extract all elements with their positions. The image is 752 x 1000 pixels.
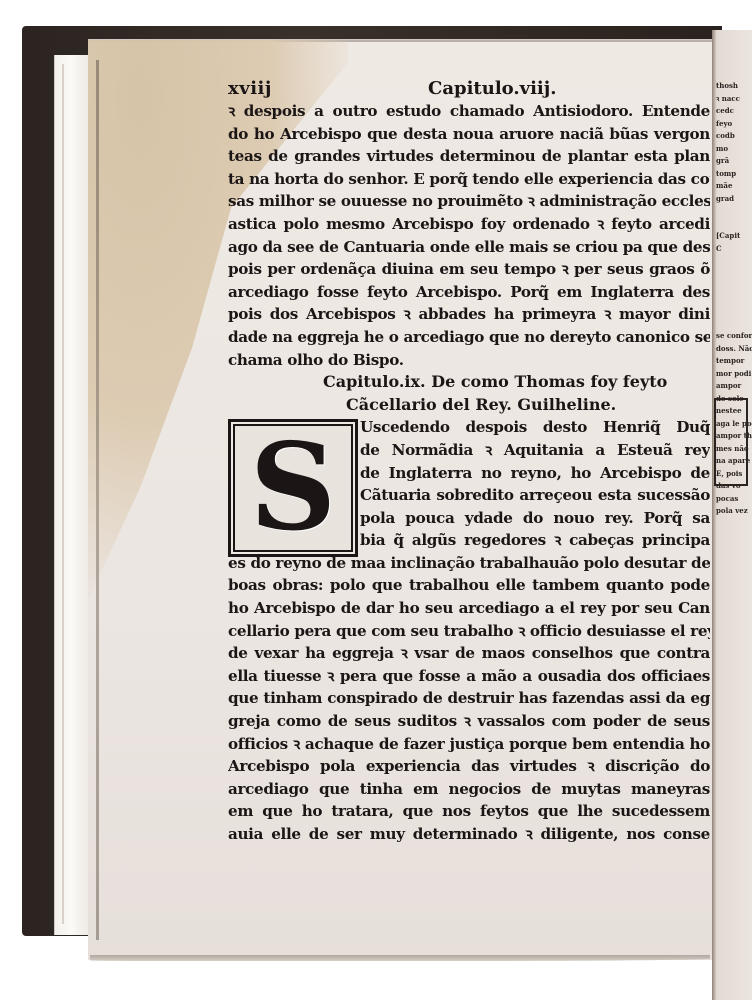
initial-letter: S bbox=[250, 428, 337, 548]
text-line: ella tiuesse ꝛ pera que fosse a mão a ou… bbox=[228, 665, 710, 688]
text-line: Arcebispo pola experiencia das virtudes … bbox=[228, 755, 710, 778]
gutter-shadow bbox=[96, 60, 99, 940]
facing-text-fragment: grad bbox=[716, 193, 752, 206]
facing-text-fragment bbox=[716, 218, 752, 231]
facing-text-fragment bbox=[716, 268, 752, 281]
text-line: sas milhor se ouuesse no prouimẽto ꝛ adm… bbox=[228, 190, 710, 213]
facing-text-fragment: C bbox=[716, 243, 752, 256]
text-line: cellario pera que com seu trabalho ꝛ off… bbox=[228, 620, 710, 643]
facing-text-fragment bbox=[716, 255, 752, 268]
body-text-bottom: es do reyno de maa inclinação trabalhauã… bbox=[228, 552, 710, 846]
body-text-top: ꝛ despois a outro estudo chamado Antisio… bbox=[228, 100, 710, 371]
running-head: Capitulo.viij. bbox=[428, 78, 557, 99]
text-line: arcediago que tinha em negocios de muyta… bbox=[228, 778, 710, 801]
text-line: pois per ordenãça diuina em seu tempo ꝛ … bbox=[228, 258, 710, 281]
initial-paragraph: S Uscedendo despois desto Henriq̃ Duq̃ d… bbox=[228, 416, 710, 552]
facing-text-fragment: cedc bbox=[716, 105, 752, 118]
woodcut-initial: S bbox=[228, 419, 358, 557]
facing-text-fragment bbox=[716, 318, 752, 331]
text-line: dade na eggreja he o arcediago que no de… bbox=[228, 326, 710, 349]
text-line: arcediago fosse feyto Arcebispo. Porq̃ e… bbox=[228, 281, 710, 304]
text-line: greja como de seus suditos ꝛ vassalos co… bbox=[228, 710, 710, 733]
facing-text-fragment: ꝛ nacc bbox=[716, 93, 752, 106]
facing-text-fragment: pocas bbox=[716, 493, 752, 506]
facing-text-fragment: mãe bbox=[716, 180, 752, 193]
text-line: ꝛ despois a outro estudo chamado Antisio… bbox=[228, 100, 710, 123]
folio-number: xviij bbox=[228, 78, 272, 99]
facing-text-fragment: [Capit bbox=[716, 230, 752, 243]
text-line: que tinham conspirado de destruir has fa… bbox=[228, 687, 710, 710]
chapter-heading: Capitulo.ix. De como Thomas foy feyto bbox=[228, 371, 710, 394]
facing-text-fragment: tomp bbox=[716, 168, 752, 181]
text-line: ho Arcebispo de dar ho seu arcediago a e… bbox=[228, 597, 710, 620]
page-edge-line bbox=[62, 64, 64, 924]
chapter-heading-continued: Cãcellario del Rey. Guilheline. bbox=[228, 394, 710, 417]
facing-text-fragment bbox=[716, 305, 752, 318]
facing-text-fragment: thosh bbox=[716, 80, 752, 93]
text-line: de vexar ha eggreja ꝛ vsar de maos conse… bbox=[228, 642, 710, 665]
page-header: xviij Capitulo.viij. bbox=[228, 76, 710, 100]
text-line: ta na horta do senhor. E porq̃ tendo ell… bbox=[228, 168, 710, 191]
facing-text-fragment: mo bbox=[716, 143, 752, 156]
text-line: em que ho tratara, que nos feytos que lh… bbox=[228, 800, 710, 823]
text-line: ago da see de Cantuaria onde elle mais s… bbox=[228, 236, 710, 259]
text-line: do ho Arcebispo que desta noua aruore na… bbox=[228, 123, 710, 146]
text-line: chama olho do Bispo. bbox=[228, 349, 710, 372]
text-line: boas obras: polo que trabalhou elle tamb… bbox=[228, 574, 710, 597]
text-line: teas de grandes virtudes determinou de p… bbox=[228, 145, 710, 168]
facing-text-fragment: grã bbox=[716, 155, 752, 168]
facing-page-initial bbox=[714, 398, 748, 486]
text-line: pois dos Arcebispos ꝛ abbades ha primeyr… bbox=[228, 303, 710, 326]
facing-text-fragment: codb bbox=[716, 130, 752, 143]
page-bottom-edge bbox=[90, 955, 710, 961]
facing-text-fragment: se confor bbox=[716, 330, 752, 343]
printed-text-block: xviij Capitulo.viij. ꝛ despois a outro e… bbox=[228, 76, 710, 846]
facing-text-fragment: mor podi bbox=[716, 368, 752, 381]
text-line: auia elle de ser muy determinado ꝛ dilig… bbox=[228, 823, 710, 846]
facing-text-fragment: pola vez bbox=[716, 505, 752, 518]
facing-text-fragment bbox=[716, 205, 752, 218]
text-line: astica polo mesmo Arcebispo foy ordenado… bbox=[228, 213, 710, 236]
facing-text-fragment: feyo bbox=[716, 118, 752, 131]
facing-text-fragment bbox=[716, 293, 752, 306]
facing-text-fragment: doss. Não bbox=[716, 343, 752, 356]
text-line: officios ꝛ achaque de fazer justiça porq… bbox=[228, 733, 710, 756]
facing-text-fragment bbox=[716, 280, 752, 293]
facing-text-fragment: ampor bbox=[716, 380, 752, 393]
facing-text-fragment: tempor bbox=[716, 355, 752, 368]
